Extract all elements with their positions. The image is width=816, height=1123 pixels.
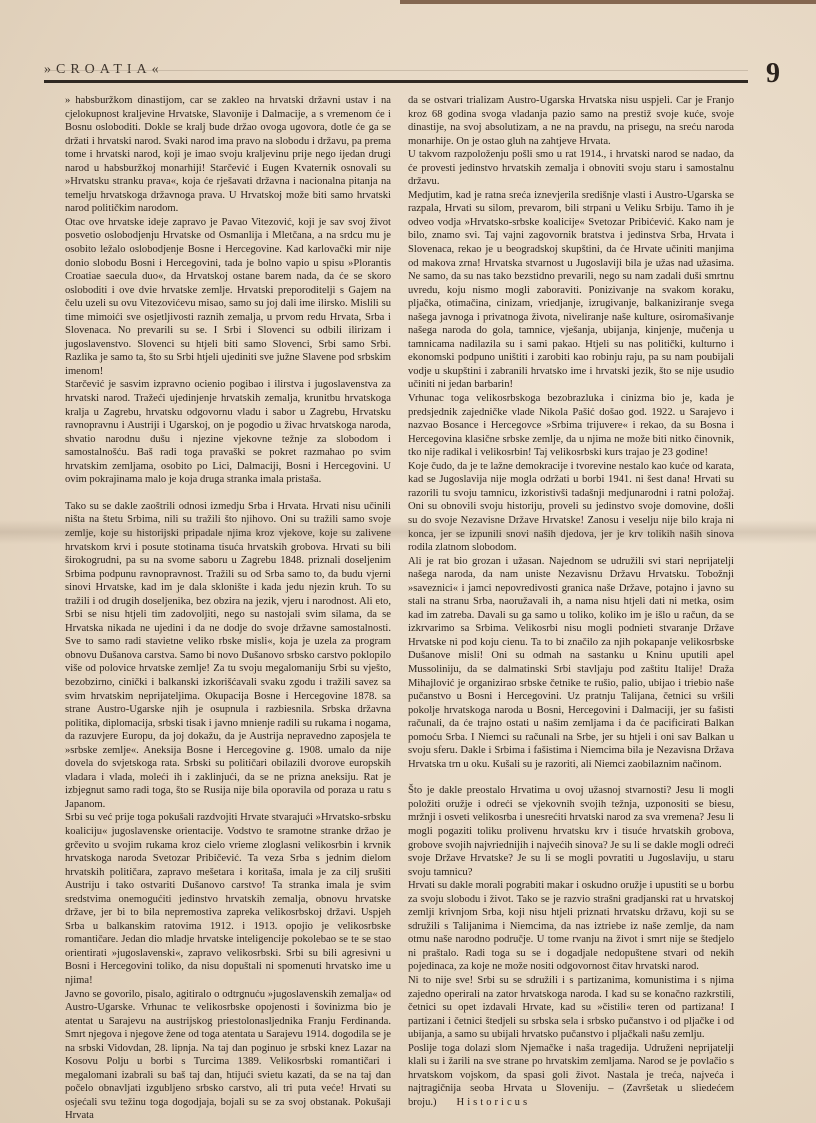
page-edge-shadow [400,0,816,4]
paragraph: Javno se govorilo, pisalo, agitiralo o o… [65,988,391,1123]
paragraph: U takvom razpoloženju pošli smo u rat 19… [408,148,734,189]
paragraph: Vrhunac toga velikosrbskoga bezobrazluka… [408,392,734,460]
left-column: » habsburžkom dinastijom, car se zakleo … [65,94,391,1123]
paragraph: da se ostvari trializam Austro-Ugarska H… [408,94,734,148]
paragraph: Tako su se dakle zaoštrili odnosi izmedj… [65,500,391,812]
paragraph: Hrvati su dakle morali pograbiti makar i… [408,879,734,974]
paper-fold-crease [0,520,816,544]
paragraph: Otac ove hrvatske ideje zapravo je Pavao… [65,216,391,379]
newspaper-page: »CROATIA« 9 » habsburžkom dinastijom, ca… [0,0,816,1123]
header-rule [44,80,748,83]
header-thin-rule [44,70,748,71]
paragraph: Ali je rat bio grozan i užasan. Najednom… [408,555,734,772]
paragraph: Medjutim, kad je ratna sreća iznevjerila… [408,189,734,392]
paragraph: Starčević je sasvim izpravno ocienio pog… [65,378,391,486]
paragraph: Što je dakle preostalo Hrvatima u ovoj u… [408,784,734,879]
paragraph: » habsburžkom dinastijom, car se zakleo … [65,94,391,216]
paragraph: Poslije toga dolazi slom Njemačke i naša… [408,1042,734,1110]
paragraph: Ni to nije sve! Srbi su se sdružili i s … [408,974,734,1042]
paragraph: Srbi su već prije toga pokušali razdvoji… [65,811,391,987]
author-signature: Historicus [457,1097,531,1108]
page-number: 9 [766,58,780,90]
right-column: da se ostvari trializam Austro-Ugarska H… [408,94,734,1109]
